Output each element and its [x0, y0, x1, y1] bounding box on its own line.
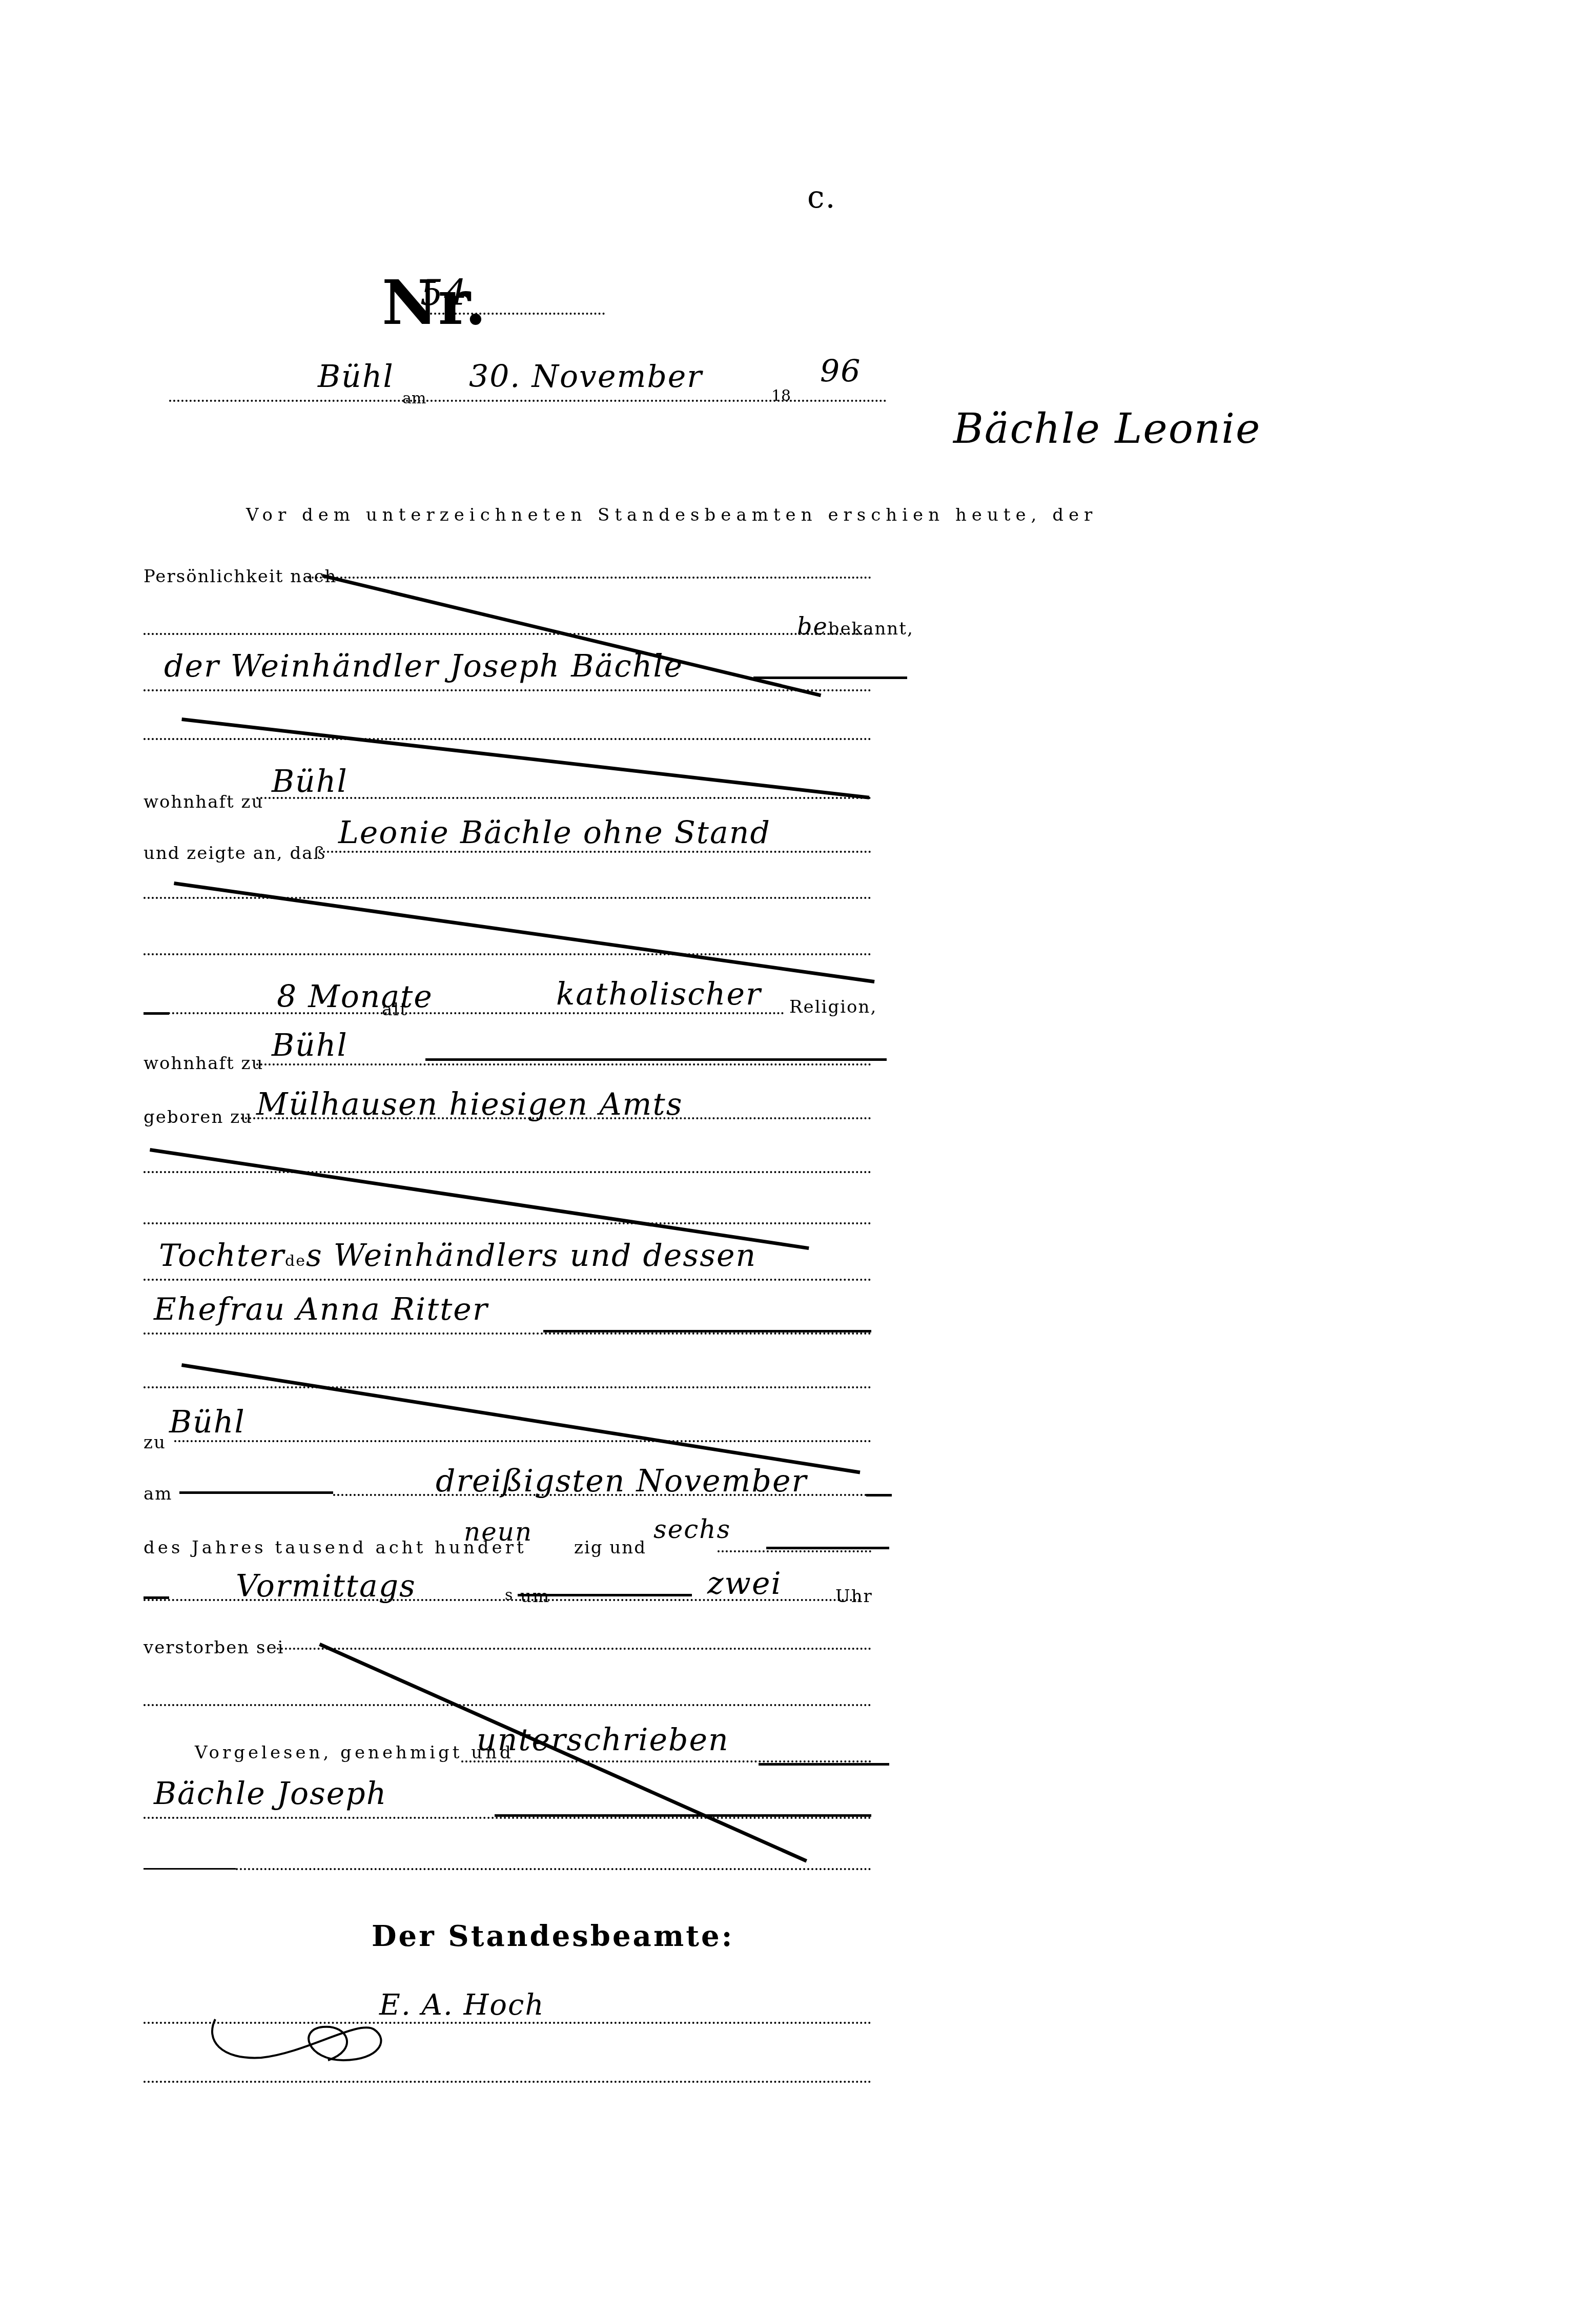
parents-text: s Weinhändlers und dessen — [306, 1238, 756, 1274]
fill-line — [543, 1330, 871, 1332]
fill-line — [866, 1494, 892, 1496]
blank-line — [144, 1386, 871, 1388]
year-prefix: 18 — [771, 387, 791, 405]
fill-line — [759, 1763, 889, 1766]
parents-line-1: Tochterdes Weinhändlers und dessen — [159, 1238, 756, 1274]
deceased-name: Leonie Bächle ohne Stand — [338, 815, 771, 851]
official-heading: Der Standesbeamte: — [372, 1919, 734, 1953]
religion-label: Religion, — [789, 997, 877, 1017]
verstorben-line — [277, 1648, 871, 1650]
hour: zwei — [707, 1566, 782, 1602]
blank-line — [144, 738, 871, 740]
birthplace-line — [241, 1117, 871, 1119]
parents-line-2: Ehefrau Anna Ritter — [154, 1291, 488, 1327]
unit-year: sechs — [653, 1514, 731, 1544]
weekday-suffix: s — [505, 1586, 513, 1604]
bekannt-text: bekannt, — [828, 619, 914, 639]
death-place-line — [174, 1440, 871, 1442]
fill-line — [518, 1594, 692, 1596]
blank-line — [144, 1704, 871, 1706]
zeigte-label: und zeigte an, daß — [144, 843, 326, 864]
verstorben-label: verstorben sei — [144, 1637, 284, 1658]
record-number-line — [418, 313, 605, 315]
zu-label: zu — [144, 1432, 166, 1453]
residence-line-2 — [256, 1063, 871, 1065]
wohnhaft-label: wohnhaft zu — [144, 792, 263, 812]
parents-line-2-rule — [144, 1332, 871, 1335]
geboren-label: geboren zu — [144, 1107, 253, 1127]
alt-label: alt — [382, 999, 408, 1020]
signature-line — [144, 1817, 871, 1819]
registry-date: 30. November — [469, 359, 703, 395]
fill-line — [179, 1491, 333, 1494]
bekannt-line — [144, 633, 871, 635]
parents-prefix: Tochter — [159, 1238, 285, 1274]
persoenlichkeit-line — [308, 577, 871, 579]
deceased-age: 8 Monate — [277, 979, 433, 1015]
religion: katholischer — [556, 976, 762, 1012]
uhr-label: Uhr — [835, 1586, 873, 1607]
year-line — [718, 1550, 871, 1552]
blank-line — [236, 1868, 871, 1870]
informant-name: der Weinhändler Joseph Bächle — [164, 648, 683, 684]
signature-flourish-icon — [205, 2009, 420, 2070]
blank-line — [144, 897, 871, 899]
strike-line — [150, 1148, 809, 1250]
registry-place: Bühl — [318, 359, 394, 395]
bekannt-label: bebekannt, — [797, 612, 914, 640]
record-number: 54 — [420, 272, 468, 314]
um-label: um — [520, 1586, 550, 1607]
bekannt-prefix: be — [797, 612, 828, 640]
fill-line — [144, 1868, 236, 1870]
deceased-residence: Bühl — [272, 1028, 348, 1063]
age-religion-line — [144, 1012, 784, 1014]
vorgelesen-line — [461, 1760, 871, 1762]
page-mark: c. — [807, 179, 836, 215]
fill-line — [495, 1814, 871, 1817]
informant-line — [144, 689, 871, 691]
zig-und-label: zig und — [574, 1537, 646, 1558]
fill-line — [766, 1547, 889, 1549]
informant-residence: Bühl — [272, 764, 348, 799]
official-bottom-line — [144, 2081, 871, 2083]
am-label-2: am — [144, 1484, 173, 1504]
parents-line — [144, 1279, 871, 1281]
blank-line — [144, 1171, 871, 1173]
vorgelesen-label: Vorgelesen, genehmigt und — [195, 1742, 514, 1763]
fill-line — [753, 676, 907, 679]
death-day-line — [333, 1494, 871, 1496]
fill-line — [425, 1058, 887, 1061]
am-label: am — [402, 389, 426, 407]
informant-signature: Bächle Joseph — [154, 1776, 387, 1812]
wohnhaft-label-2: wohnhaft zu — [144, 1053, 263, 1074]
margin-name: Bächle Leonie — [953, 405, 1261, 453]
decade: neun — [464, 1517, 533, 1547]
blank-line — [144, 953, 871, 955]
blank-line — [144, 1222, 871, 1224]
residence-line — [256, 797, 871, 799]
death-place: Bühl — [169, 1404, 245, 1440]
parents-mid: de — [285, 1252, 306, 1270]
year-suffix: 96 — [820, 354, 861, 389]
strike-line — [181, 1363, 861, 1474]
deceased-line — [323, 851, 871, 853]
intro-text: Vor dem unterzeichneten Standesbeamten e… — [246, 505, 1097, 525]
unterschrieben: unterschrieben — [477, 1722, 729, 1758]
